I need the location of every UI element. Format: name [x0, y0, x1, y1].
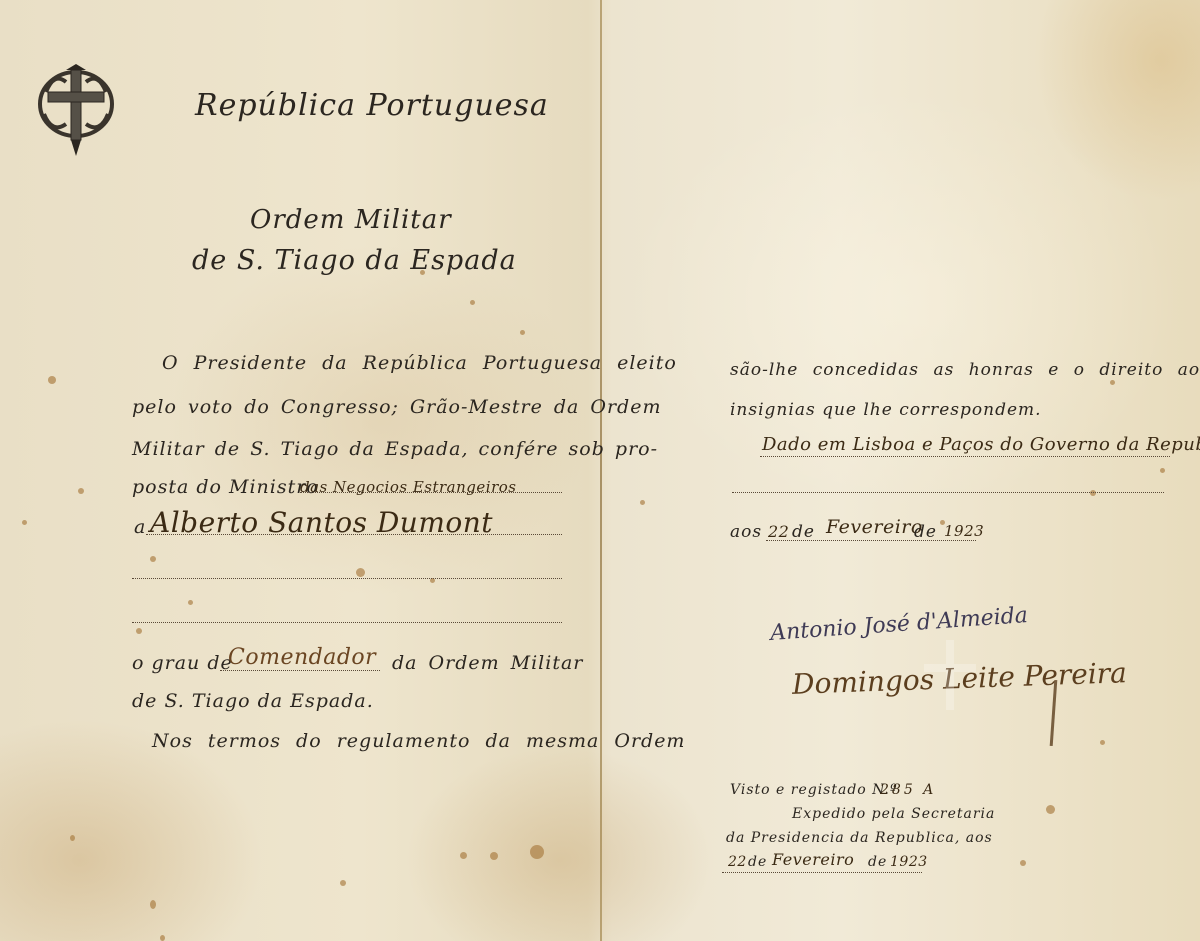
right-body-line-1: são-lhe concedidas as honras e o direito…: [730, 360, 1200, 380]
body-line-4: posta do Ministro: [132, 476, 319, 498]
order-name-line-2: de S. Tiago da Espada: [192, 245, 517, 276]
blank-dotted-line-1: [132, 578, 562, 579]
body-line-1: O Presidente da República Portuguesa ele…: [162, 352, 677, 374]
date-dotted-line: [766, 540, 976, 541]
order-name-line-1: Ordem Militar: [250, 205, 452, 235]
grade-line-2: de S. Tiago da Espada.: [132, 690, 374, 712]
registry-month: Fevereiro: [772, 850, 854, 869]
date-year: 1923: [944, 522, 984, 540]
date-de-1: de: [792, 522, 815, 542]
given-at-dotted-line: [760, 456, 1170, 457]
grade-dotted-line: [220, 670, 380, 671]
given-at-handwritten: Dado em Lisboa e Paços do Governo da Rep…: [762, 434, 1200, 455]
registry-year: 1923: [890, 854, 928, 870]
registry-line-3: da Presidencia da Republica, aos: [726, 830, 993, 846]
registry-de-1: de: [748, 854, 767, 870]
right-body-line-2: insignias que lhe correspondem.: [730, 400, 1042, 420]
grade-suffix: da Ordem Militar: [392, 652, 583, 674]
date-prefix: aos: [730, 522, 762, 542]
ministry-dotted-line: [300, 492, 562, 493]
body-line-2: pelo voto do Congresso; Grão-Mestre da O…: [132, 396, 661, 418]
date-de-2: de: [914, 522, 937, 542]
page-fold: [600, 0, 602, 941]
registry-dotted-line: [722, 872, 922, 873]
registry-prefix: Visto e registado N.º: [730, 782, 898, 798]
embossed-seal-icon: [920, 640, 980, 720]
registry-day: 22: [728, 854, 747, 870]
registry-line-2: Expedido pela Secretaria: [792, 806, 995, 822]
blank-dotted-line-2: [132, 622, 562, 623]
signature-president: Antonio José d'Almeida: [769, 603, 1028, 646]
grade-prefix: o grau de: [132, 652, 233, 674]
closing-line: Nos termos do regulamento da mesma Ordem: [152, 730, 685, 752]
ministry-handwritten: das Negocios Estrangeiros: [300, 478, 516, 496]
grade-handwritten: Comendador: [228, 645, 376, 670]
registry-de-2: de: [868, 854, 887, 870]
registry-number: 285 A: [880, 782, 936, 798]
recipient-dotted-line: [146, 534, 562, 535]
certificate-paper: República Portuguesa Ordem Militar de S.…: [0, 0, 1200, 941]
date-month: Fevereiro: [826, 516, 923, 538]
order-cross-emblem-icon: [36, 62, 116, 158]
recipient-prefix: a: [134, 516, 146, 538]
blank-dotted-line-3: [732, 492, 1164, 493]
header-title: República Portuguesa: [195, 88, 549, 123]
date-day: 22: [768, 522, 789, 541]
body-line-3: Militar de S. Tiago da Espada, confére s…: [132, 438, 658, 460]
